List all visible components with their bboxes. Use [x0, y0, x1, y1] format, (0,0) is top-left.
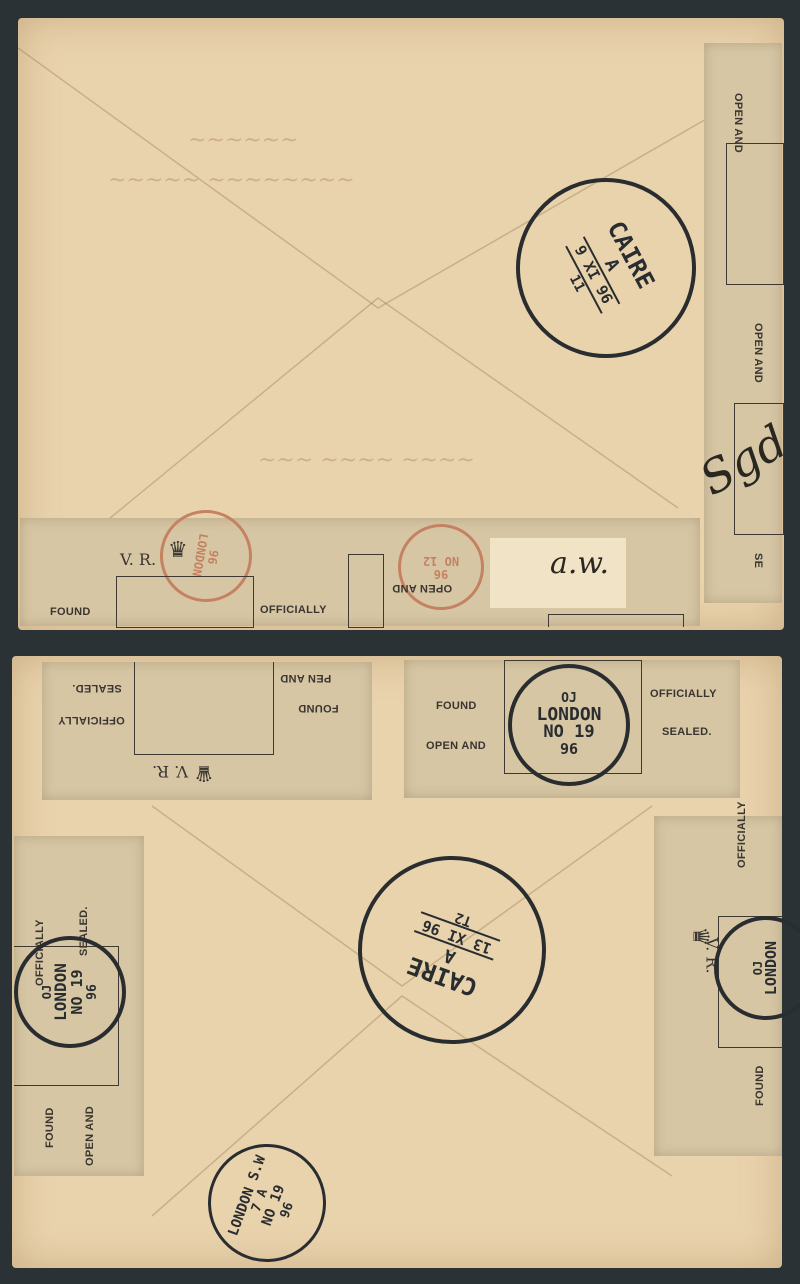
- royal-cipher: V. R.: [120, 550, 156, 569]
- label-found: FOUND: [436, 700, 477, 712]
- official-seal-label-right: OPEN AND OPEN AND SE: [704, 43, 782, 603]
- label-open-and: OPEN AND: [392, 582, 452, 594]
- official-seal-label-left: OFFICIALLY SEALED. OJ LONDON NO 19 96 FO…: [14, 836, 144, 1176]
- label-officially: OFFICIALLY: [260, 604, 327, 616]
- label-open-and: OPEN AND: [752, 323, 764, 383]
- crown-icon: ♛: [168, 538, 188, 563]
- crown-icon: ♛: [687, 927, 712, 947]
- official-seal-label-right: OFFICIALLY V. R. ♛ OJ LONDON FOUND: [654, 816, 782, 1156]
- faint-writing: ~~~~~~: [188, 128, 299, 153]
- label-box: [116, 576, 254, 628]
- label-found: FOUND: [50, 606, 91, 618]
- envelope-bottom: SEALED. OFFICIALLY PEN AND FOUND V. R. ♛…: [12, 656, 782, 1268]
- envelope-top: ~~~~~~ ~~~~~ ~~~~~~~~ ~~~ ~~~~ ~~~~ CAIR…: [18, 18, 784, 630]
- royal-cipher: V. R.: [152, 762, 188, 781]
- official-seal-label-top-right: FOUND OPEN AND OJ LONDON NO 19 96 OFFICI…: [404, 660, 740, 798]
- label-box: [134, 662, 274, 755]
- red-london-postmark: 96 NO 12: [398, 524, 484, 610]
- label-sealed: SEALED.: [72, 682, 122, 694]
- label-box: [348, 554, 384, 628]
- label-open-and: OPEN AND: [426, 740, 486, 752]
- label-box: [548, 614, 684, 627]
- label-open-and: OPEN AND: [84, 1106, 96, 1166]
- label-sealed: SEALED.: [662, 726, 712, 738]
- label-box: [726, 143, 784, 285]
- faint-writing: ~~~~~ ~~~~~~~~: [108, 168, 355, 193]
- london-postmark: OJ LONDON NO 19 96: [508, 664, 630, 786]
- crown-icon: ♛: [194, 760, 214, 785]
- label-found: FOUND: [754, 1065, 766, 1106]
- label-officially: OFFICIALLY: [736, 801, 748, 868]
- london-postmark: OJ LONDON NO 19 96: [14, 936, 126, 1048]
- label-found: FOUND: [44, 1107, 56, 1148]
- label-sealed-partial: SE: [752, 553, 764, 568]
- label-pen-and: PEN AND: [280, 672, 331, 684]
- label-found: FOUND: [298, 702, 339, 714]
- faint-writing: ~~~ ~~~~ ~~~~: [258, 448, 475, 473]
- handwritten-initials: a.w.: [550, 546, 609, 581]
- official-seal-label-bottom: 96 LONDON V. R. ♛ FOUND OFFICIALLY 96 NO…: [20, 518, 700, 626]
- postmark-city: CAIRE: [602, 217, 658, 293]
- label-officially: OFFICIALLY: [650, 688, 717, 700]
- label-officially: OFFICIALLY: [58, 714, 125, 726]
- official-seal-label-top-left: SEALED. OFFICIALLY PEN AND FOUND V. R. ♛: [42, 662, 372, 800]
